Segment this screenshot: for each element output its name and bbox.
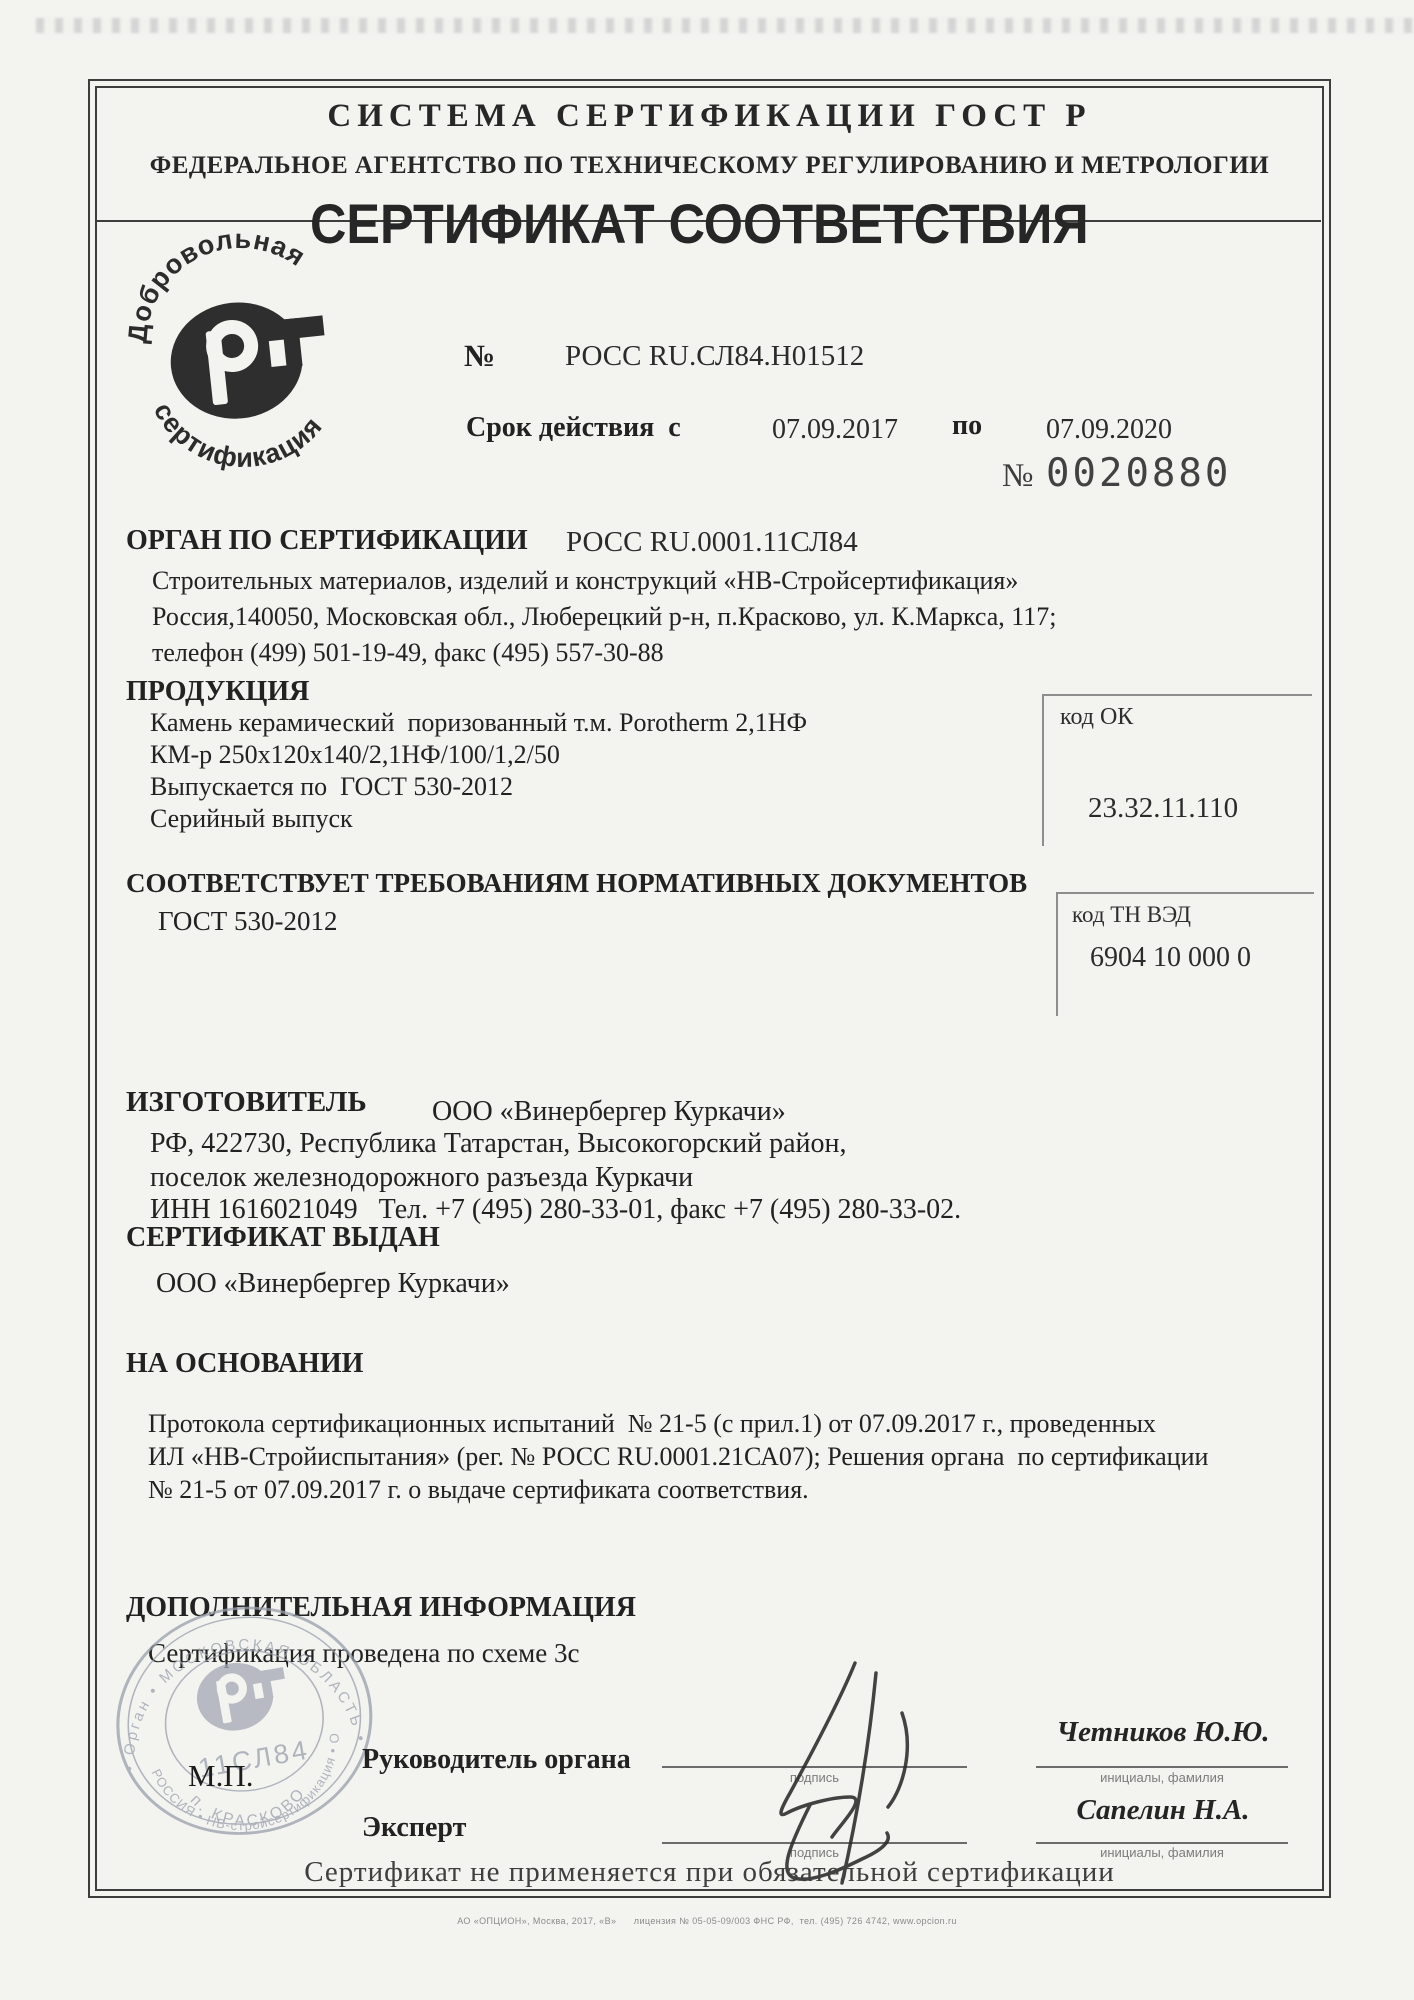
- footer-note: Сертификат не применяется при обязательн…: [97, 1856, 1322, 1889]
- org-line: телефон (499) 501-19-49, факс (495) 557-…: [152, 638, 664, 668]
- manufacturer-line: поселок железнодорожного разъезда Куркач…: [150, 1162, 693, 1194]
- blank-number-value: 0020880: [1046, 452, 1231, 497]
- rst-glyph: [165, 291, 358, 425]
- name-line-head: [1036, 1766, 1288, 1768]
- certificate-title: СЕРТИФИКАТ СООТВЕТСТВИЯ: [310, 192, 1089, 256]
- head-name: Четников Ю.Ю.: [1038, 1716, 1288, 1749]
- issued-value: ООО «Винербергер Куркачи»: [156, 1268, 510, 1300]
- basis-label: НА ОСНОВАНИИ: [126, 1348, 363, 1380]
- validity-to-label: по: [952, 410, 982, 442]
- mp-mark: М.П.: [188, 1758, 253, 1794]
- agency-title: ФЕДЕРАЛЬНОЕ АГЕНТСТВО ПО ТЕХНИЧЕСКОМУ РЕ…: [97, 152, 1322, 181]
- basis-line: № 21-5 от 07.09.2017 г. о выдаче сертифи…: [148, 1475, 809, 1505]
- stamp-seal: • Орган • МОСКОВСКАЯ ОБЛАСТЬ • РОССИЯ • …: [106, 1602, 374, 1852]
- blank-number-label: №: [1002, 458, 1034, 496]
- code-ok-value: 23.32.11.110: [1088, 792, 1238, 825]
- name-line-expert: [1036, 1842, 1288, 1844]
- code-tnved-label: код ТН ВЭД: [1072, 902, 1191, 928]
- product-line: Серийный выпуск: [150, 804, 353, 834]
- product-line: Камень керамический поризованный т.м. Po…: [150, 708, 807, 738]
- expert-name: Сапелин Н.А.: [1038, 1794, 1288, 1827]
- cert-number-value: РОСС RU.СЛ84.Н01512: [565, 340, 864, 373]
- validity-label: Срок действия с: [466, 412, 681, 444]
- name-caption-head: инициалы, фамилия: [1036, 1771, 1288, 1786]
- code-tnved-value: 6904 10 000 0: [1090, 942, 1251, 974]
- manufacturer-line: РФ, 422730, Республика Татарстан, Высоко…: [150, 1128, 847, 1160]
- manufacturer-label: ИЗГОТОВИТЕЛЬ: [126, 1086, 367, 1119]
- org-line: Строительных материалов, изделий и конст…: [152, 566, 1018, 596]
- system-title: СИСТЕМА СЕРТИФИКАЦИИ ГОСТ Р: [97, 98, 1322, 136]
- certificate-page: СИСТЕМА СЕРТИФИКАЦИИ ГОСТ Р ФЕДЕРАЛЬНОЕ …: [0, 0, 1414, 2000]
- signature-scribble: [690, 1655, 1010, 1890]
- manufacturer-name: ООО «Винербергер Куркачи»: [432, 1096, 786, 1128]
- product-line: КМ-р 250х120х140/2,1НФ/100/1,2/50: [150, 740, 560, 770]
- signature-role-head: Руководитель органа: [362, 1744, 631, 1776]
- code-box-tnved: код ТН ВЭД 6904 10 000 0: [1056, 892, 1314, 1016]
- validity-to: 07.09.2020: [1046, 414, 1172, 446]
- org-value: РОСС RU.0001.11СЛ84: [566, 526, 858, 559]
- basis-line: ИЛ «НВ-Стройиспытания» (рег. № РОСС RU.0…: [148, 1442, 1208, 1472]
- stamp-rst-glyph: [192, 1652, 308, 1737]
- code-box-ok: код ОК 23.32.11.110: [1042, 694, 1312, 846]
- product-line: Выпускается по ГОСТ 530-2012: [150, 772, 513, 802]
- cert-number-label: №: [464, 338, 495, 374]
- compliance-value: ГОСТ 530-2012: [158, 906, 338, 937]
- rst-logo: Добровольная сертификация: [122, 230, 366, 478]
- print-line: АО «ОПЦИОН», Москва, 2017, «В» лицензия …: [0, 1916, 1414, 1926]
- basis-line: Протокола сертификационных испытаний № 2…: [148, 1409, 1156, 1439]
- org-label: ОРГАН ПО СЕРТИФИКАЦИИ: [126, 525, 528, 557]
- product-label: ПРОДУКЦИЯ: [126, 676, 309, 708]
- compliance-label: СООТВЕТСТВУЕТ ТРЕБОВАНИЯМ НОРМАТИВНЫХ ДО…: [126, 868, 1027, 899]
- validity-from: 07.09.2017: [772, 414, 898, 446]
- signature-role-expert: Эксперт: [362, 1812, 466, 1844]
- issued-label: СЕРТИФИКАТ ВЫДАН: [126, 1222, 440, 1254]
- org-line: Россия,140050, Московская обл., Люберецк…: [152, 602, 1057, 632]
- scan-noise-band: [36, 18, 1414, 33]
- code-ok-label: код ОК: [1060, 704, 1133, 732]
